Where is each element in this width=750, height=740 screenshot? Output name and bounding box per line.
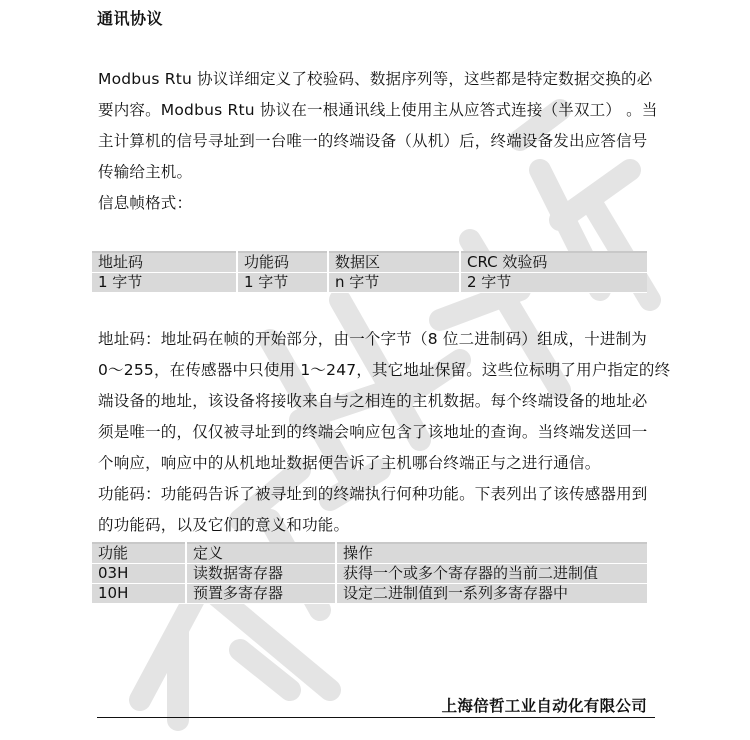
table-cell: 1 字节: [237, 273, 328, 293]
table-cell: 获得一个或多个寄存器的当前二进制值: [336, 564, 647, 584]
table-cell: n 字节: [328, 273, 460, 293]
table-header-row: 功能 定义 操作: [92, 543, 647, 564]
paragraph-line: 主计算机的信号寻址到一台唯一的终端设备（从机）后，终端设备发出应答信号: [98, 126, 658, 157]
table-header-cell: 定义: [186, 543, 336, 564]
paragraph-line: 要内容。Modbus Rtu 协议在一根通讯线上使用主从应答式连接（半双工） 。…: [98, 95, 658, 126]
paragraph-line: 须是唯一的，仅仅被寻址到的终端会响应包含了该地址的查询。当终端发送回一: [98, 417, 658, 448]
table-header-cell: CRC 效验码: [460, 252, 647, 273]
table-row: 03H 读数据寄存器 获得一个或多个寄存器的当前二进制值: [92, 564, 647, 584]
page-title: 通讯协议: [97, 6, 163, 29]
paragraph-line: 端设备的地址，该设备将接收来自与之相连的主机数据。每个终端设备的地址必: [98, 386, 658, 417]
table-row: 10H 预置多寄存器 设定二进制值到一系列多寄存器中: [92, 584, 647, 604]
document-page: 通讯协议 Modbus Rtu 协议详细定义了校验码、数据序列等，这些都是特定数…: [0, 0, 750, 740]
paragraph-line: 地址码：地址码在帧的开始部分，由一个字节（8 位二进制码）组成，十进制为: [98, 324, 658, 355]
document-content: 通讯协议 Modbus Rtu 协议详细定义了校验码、数据序列等，这些都是特定数…: [0, 0, 750, 740]
paragraph-line: 0～255，在传感器中只使用 1～247，其它地址保留。这些位标明了用户指定的终: [98, 355, 658, 386]
table-cell: 2 字节: [460, 273, 647, 293]
table-header-cell: 功能码: [237, 252, 328, 273]
detail-paragraph: 地址码：地址码在帧的开始部分，由一个字节（8 位二进制码）组成，十进制为 0～2…: [98, 324, 658, 541]
paragraph-line: 传输给主机。: [98, 157, 658, 188]
footer-divider: [97, 717, 655, 718]
table-header-row: 地址码 功能码 数据区 CRC 效验码: [92, 252, 647, 273]
frame-format-table: 地址码 功能码 数据区 CRC 效验码 1 字节 1 字节 n 字节 2 字节: [92, 251, 647, 293]
paragraph-line: Modbus Rtu 协议详细定义了校验码、数据序列等，这些都是特定数据交换的必: [98, 64, 658, 95]
table-cell: 1 字节: [92, 273, 237, 293]
table-row: 1 字节 1 字节 n 字节 2 字节: [92, 273, 647, 293]
table-cell: 设定二进制值到一系列多寄存器中: [336, 584, 647, 604]
intro-paragraph: Modbus Rtu 协议详细定义了校验码、数据序列等，这些都是特定数据交换的必…: [98, 64, 658, 219]
table-header-cell: 操作: [336, 543, 647, 564]
paragraph-line: 个响应，响应中的从机地址数据便告诉了主机哪台终端正与之进行通信。: [98, 448, 658, 479]
table-header-cell: 地址码: [92, 252, 237, 273]
table-cell: 预置多寄存器: [186, 584, 336, 604]
table-cell: 10H: [92, 584, 186, 604]
paragraph-line: 功能码：功能码告诉了被寻址到的终端执行何种功能。下表列出了该传感器用到: [98, 479, 658, 510]
paragraph-line: 的功能码，以及它们的意义和功能。: [98, 510, 658, 541]
footer-company-name: 上海倍哲工业自动化有限公司: [442, 694, 647, 716]
section-label-frame-format: 信息帧格式：: [98, 188, 658, 219]
function-code-table: 功能 定义 操作 03H 读数据寄存器 获得一个或多个寄存器的当前二进制值 10…: [92, 542, 647, 604]
table-cell: 03H: [92, 564, 186, 584]
table-header-cell: 数据区: [328, 252, 460, 273]
table-header-cell: 功能: [92, 543, 186, 564]
table-cell: 读数据寄存器: [186, 564, 336, 584]
